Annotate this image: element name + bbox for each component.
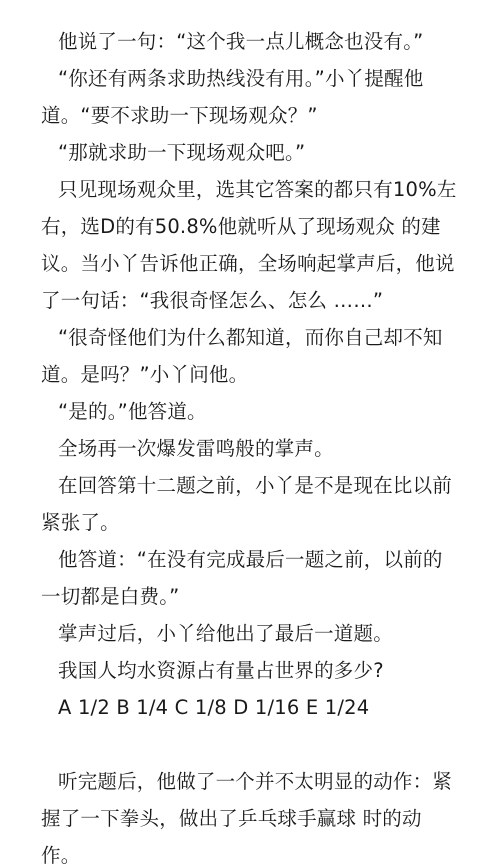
paragraph: “很奇怪他们为什么都知道，而你自己却不知道。是吗？”小丫问他。 <box>41 319 461 393</box>
blank-line <box>41 726 461 763</box>
question-text: 我国人均水资源占有量占世界的多少? <box>41 652 461 689</box>
article-body: 他说了一句：“这个我一点儿概念也没有。” “你还有两条求助热线没有用。”小丫提醒… <box>41 23 461 867</box>
paragraph: 只见现场观众里，选其它答案的都只有10%左右，选D的有50.8%他就听从了现场观… <box>41 171 461 319</box>
paragraph: 全场再一次爆发雷鸣般的掌声。 <box>41 430 461 467</box>
paragraph: “那就求助一下现场观众吧。” <box>41 134 461 171</box>
answer-options: A 1/2 B 1/4 C 1/8 D 1/16 E 1/24 <box>41 689 461 726</box>
paragraph: 他说了一句：“这个我一点儿概念也没有。” <box>41 23 461 60</box>
paragraph: “你还有两条求助热线没有用。”小丫提醒他道。“要不求助一下现场观众？” <box>41 60 461 134</box>
paragraph: 听完题后，他做了一个并不太明显的动作：紧握了一下拳头，做出了乒乓球手赢球 时的动… <box>41 763 461 867</box>
paragraph: “是的。”他答道。 <box>41 393 461 430</box>
paragraph: 在回答第十二题之前，小丫是不是现在比以前紧张了。 <box>41 467 461 541</box>
paragraph: 他答道：“在没有完成最后一题之前，以前的一切都是白费。” <box>41 541 461 615</box>
paragraph: 掌声过后，小丫给他出了最后一道题。 <box>41 615 461 652</box>
